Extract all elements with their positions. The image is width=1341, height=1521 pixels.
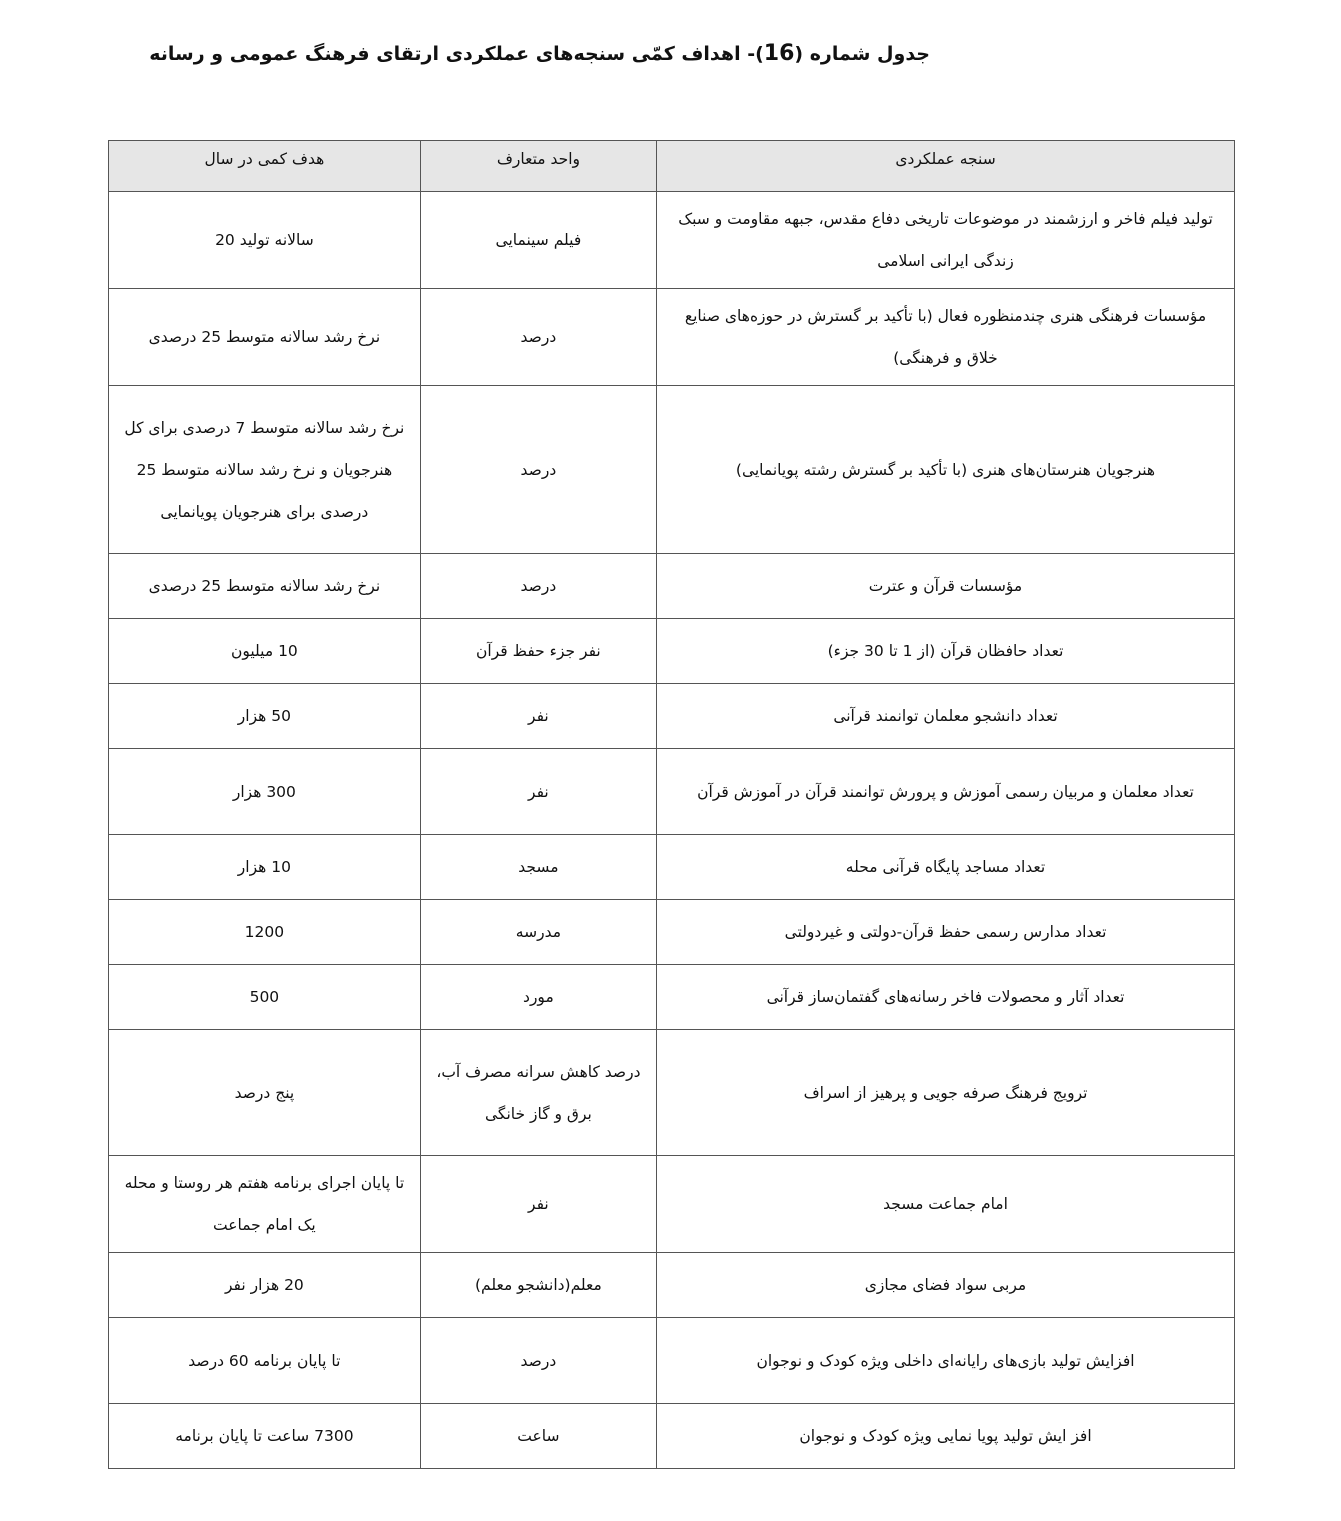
cell-measure: امام جماعت مسجد bbox=[657, 1156, 1235, 1253]
header-target: هدف کمی در سال bbox=[109, 141, 421, 192]
cell-measure: مؤسسات فرهنگی هنری چندمنظوره فعال (با تأ… bbox=[657, 289, 1235, 386]
table-row: افزایش تولید بازی‌های رایانه‌ای داخلی وی… bbox=[109, 1318, 1235, 1404]
table-row: افز ایش تولید پویا نمایی ویژه کودک و نوج… bbox=[109, 1404, 1235, 1469]
cell-unit: درصد bbox=[420, 554, 656, 619]
table-row: تعداد مساجد پایگاه قرآنی محله مسجد 10 هز… bbox=[109, 835, 1235, 900]
cell-target: نرخ رشد سالانه متوسط 25 درصدی bbox=[109, 289, 421, 386]
cell-unit: درصد bbox=[420, 289, 656, 386]
cell-measure: تولید فیلم فاخر و ارزشمند در موضوعات تار… bbox=[657, 192, 1235, 289]
cell-unit: فیلم سینمایی bbox=[420, 192, 656, 289]
table-row: مؤسسات قرآن و عترت درصد نرخ رشد سالانه م… bbox=[109, 554, 1235, 619]
table-row: ترویج فرهنگ صرفه جویی و پرهیز از اسراف د… bbox=[109, 1030, 1235, 1156]
cell-unit: نفر bbox=[420, 749, 656, 835]
performance-targets-table: سنجه عملکردی واحد متعارف هدف کمی در سال … bbox=[108, 140, 1235, 1469]
cell-measure: تعداد مدارس رسمی حفظ قرآن-دولتی و غیردول… bbox=[657, 900, 1235, 965]
table-row: تعداد دانشجو معلمان توانمند قرآنی نفر 50… bbox=[109, 684, 1235, 749]
cell-measure: تعداد آثار و محصولات فاخر رسانه‌های گفتم… bbox=[657, 965, 1235, 1030]
header-row: سنجه عملکردی واحد متعارف هدف کمی در سال bbox=[109, 141, 1235, 192]
cell-measure: هنرجویان هنرستان‌های هنری (با تأکید بر گ… bbox=[657, 386, 1235, 554]
cell-unit: درصد bbox=[420, 1318, 656, 1404]
cell-unit: درصد کاهش سرانه مصرف آب، برق و گاز خانگی bbox=[420, 1030, 656, 1156]
cell-unit: نفر bbox=[420, 1156, 656, 1253]
table-caption: جدول شماره (16)- اهداف کمّی سنجه‌های عمل… bbox=[170, 38, 930, 70]
header-unit: واحد متعارف bbox=[420, 141, 656, 192]
table-row: تعداد مدارس رسمی حفظ قرآن-دولتی و غیردول… bbox=[109, 900, 1235, 965]
table-row: هنرجویان هنرستان‌های هنری (با تأکید بر گ… bbox=[109, 386, 1235, 554]
cell-target: 10 میلیون bbox=[109, 619, 421, 684]
cell-target: 50 هزار bbox=[109, 684, 421, 749]
table-row: تعداد حافظان قرآن (از 1 تا 30 جزء) نفر ج… bbox=[109, 619, 1235, 684]
cell-target: 10 هزار bbox=[109, 835, 421, 900]
cell-measure: تعداد مساجد پایگاه قرآنی محله bbox=[657, 835, 1235, 900]
cell-target: تا پایان اجرای برنامه هفتم هر روستا و مح… bbox=[109, 1156, 421, 1253]
table-row: مربی سواد فضای مجازی معلم(دانشجو معلم) 2… bbox=[109, 1253, 1235, 1318]
cell-measure: تعداد دانشجو معلمان توانمند قرآنی bbox=[657, 684, 1235, 749]
caption-prefix: جدول شماره ( bbox=[794, 43, 930, 65]
table-row: تولید فیلم فاخر و ارزشمند در موضوعات تار… bbox=[109, 192, 1235, 289]
cell-measure: تعداد حافظان قرآن (از 1 تا 30 جزء) bbox=[657, 619, 1235, 684]
cell-target: نرخ رشد سالانه متوسط 7 درصدی برای کل هنر… bbox=[109, 386, 421, 554]
table-row: مؤسسات فرهنگی هنری چندمنظوره فعال (با تأ… bbox=[109, 289, 1235, 386]
caption-suffix: )- اهداف کمّی سنجه‌های عملکردی ارتقای فر… bbox=[149, 43, 764, 65]
cell-measure: ترویج فرهنگ صرفه جویی و پرهیز از اسراف bbox=[657, 1030, 1235, 1156]
cell-unit: نفر bbox=[420, 684, 656, 749]
cell-unit: ساعت bbox=[420, 1404, 656, 1469]
table-row: تعداد معلمان و مربیان رسمی آموزش و پرورش… bbox=[109, 749, 1235, 835]
cell-target: سالانه تولید 20 bbox=[109, 192, 421, 289]
cell-unit: درصد bbox=[420, 386, 656, 554]
cell-unit: نفر جزء حفظ قرآن bbox=[420, 619, 656, 684]
cell-measure: افزایش تولید بازی‌های رایانه‌ای داخلی وی… bbox=[657, 1318, 1235, 1404]
cell-measure: مؤسسات قرآن و عترت bbox=[657, 554, 1235, 619]
table-row: امام جماعت مسجد نفر تا پایان اجرای برنام… bbox=[109, 1156, 1235, 1253]
table-row: تعداد آثار و محصولات فاخر رسانه‌های گفتم… bbox=[109, 965, 1235, 1030]
cell-target: 20 هزار نفر bbox=[109, 1253, 421, 1318]
cell-target: تا پایان برنامه 60 درصد bbox=[109, 1318, 421, 1404]
cell-measure: افز ایش تولید پویا نمایی ویژه کودک و نوج… bbox=[657, 1404, 1235, 1469]
cell-target: 500 bbox=[109, 965, 421, 1030]
cell-unit: مورد bbox=[420, 965, 656, 1030]
caption-number: 16 bbox=[764, 41, 795, 66]
cell-target: نرخ رشد سالانه متوسط 25 درصدی bbox=[109, 554, 421, 619]
header-measure: سنجه عملکردی bbox=[657, 141, 1235, 192]
cell-target: پنج درصد bbox=[109, 1030, 421, 1156]
cell-unit: معلم(دانشجو معلم) bbox=[420, 1253, 656, 1318]
cell-unit: مسجد bbox=[420, 835, 656, 900]
cell-target: 300 هزار bbox=[109, 749, 421, 835]
cell-target: 1200 bbox=[109, 900, 421, 965]
cell-unit: مدرسه bbox=[420, 900, 656, 965]
cell-measure: مربی سواد فضای مجازی bbox=[657, 1253, 1235, 1318]
cell-target: 7300 ساعت تا پایان برنامه bbox=[109, 1404, 421, 1469]
cell-measure: تعداد معلمان و مربیان رسمی آموزش و پرورش… bbox=[657, 749, 1235, 835]
